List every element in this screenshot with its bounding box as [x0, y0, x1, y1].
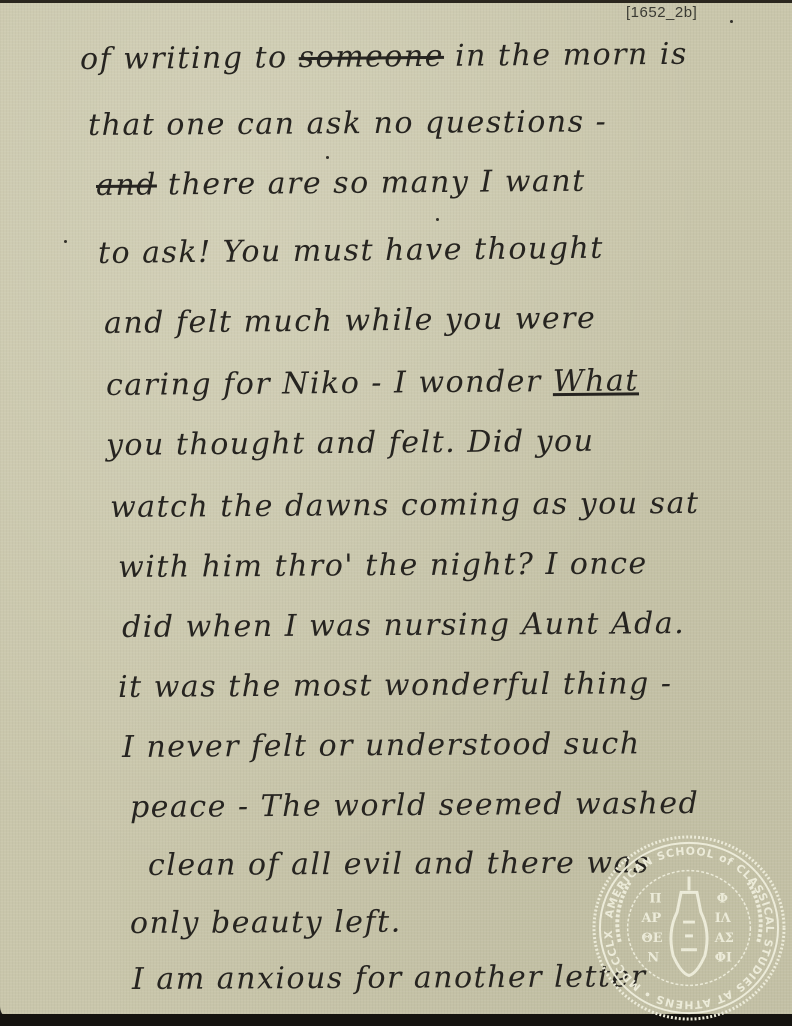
ink-speck: [436, 218, 439, 221]
line-14-text: clean of all evil and there was: [148, 845, 650, 883]
line-10-text: did when I was nursing Aunt Ada.: [122, 606, 685, 645]
letter-line-10: did when I was nursing Aunt Ada.: [122, 606, 685, 645]
ink-speck: [64, 240, 67, 243]
archive-reference: [1652_2b]: [626, 4, 697, 21]
letter-line-3: and there are so many I want: [96, 164, 586, 203]
line-13-text: peace - The world seemed washed: [130, 786, 699, 825]
svg-text:ΑΣ: ΑΣ: [714, 931, 734, 946]
line-15-text: only beauty left.: [130, 905, 402, 941]
letter-line-14: clean of all evil and there was: [148, 845, 650, 883]
letter-line-7: you thought and felt. Did you: [106, 424, 595, 463]
letter-line-6: caring for Niko - I wonder What: [106, 363, 639, 403]
struck-word: someone: [299, 39, 445, 75]
svg-text:ΘΕ: ΘΕ: [642, 931, 663, 946]
letter-line-16: I am anxious for another letter: [132, 959, 647, 997]
letter-line-13: peace - The world seemed washed: [130, 786, 699, 825]
line-9-text: with him thro' the night? I once: [118, 546, 648, 585]
svg-text:Ν: Ν: [647, 951, 659, 966]
line-3-text: and there are so many I want: [96, 164, 586, 203]
line-2-text: that one can ask no questions -: [88, 104, 607, 143]
letter-line-2: that one can ask no questions -: [88, 104, 607, 143]
line-7-text: you thought and felt. Did you: [106, 424, 595, 463]
ink-speck: [730, 20, 733, 23]
line-8-text: watch the dawns coming as you sat: [110, 486, 700, 525]
line-4-text: to ask! You must have thought: [98, 231, 604, 271]
svg-text:ΙΛ: ΙΛ: [715, 911, 732, 926]
ink-speck: [326, 156, 329, 159]
letter-line-15: only beauty left.: [130, 905, 402, 941]
line-16-text: I am anxious for another letter: [132, 959, 647, 997]
line-6-text: caring for Niko - I wonder What: [106, 363, 639, 403]
letter-line-1: of writing to someone in the morn is: [80, 37, 688, 77]
struck-word: and: [96, 167, 157, 203]
scan-top-edge: [0, 0, 792, 3]
line-1-text: of writing to someone in the morn is: [80, 37, 688, 77]
line-5-text: and felt much while you were: [104, 301, 597, 341]
underlined-word: What: [553, 363, 639, 399]
line-12-text: I never felt or understood such: [122, 726, 641, 765]
svg-text:ΦΙ: ΦΙ: [715, 951, 732, 966]
letter-line-11: it was the most wonderful thing -: [118, 666, 673, 705]
svg-text:Π: Π: [649, 891, 661, 906]
letter-line-12: I never felt or understood such: [122, 726, 641, 765]
svg-text:Φ: Φ: [717, 891, 728, 906]
institution-seal-stamp: AMERICAN SCHOOL of CLASSICAL STUDIES AT …: [590, 833, 788, 1023]
line-11-text: it was the most wonderful thing -: [118, 666, 673, 705]
letter-line-8: watch the dawns coming as you sat: [110, 486, 700, 525]
letter-line-4: to ask! You must have thought: [98, 231, 604, 271]
seal-emblem-icon: AMERICAN SCHOOL of CLASSICAL STUDIES AT …: [590, 833, 788, 1023]
letter-line-5: and felt much while you were: [104, 301, 597, 341]
svg-text:ΑΡ: ΑΡ: [641, 911, 662, 926]
letter-line-9: with him thro' the night? I once: [118, 546, 648, 585]
